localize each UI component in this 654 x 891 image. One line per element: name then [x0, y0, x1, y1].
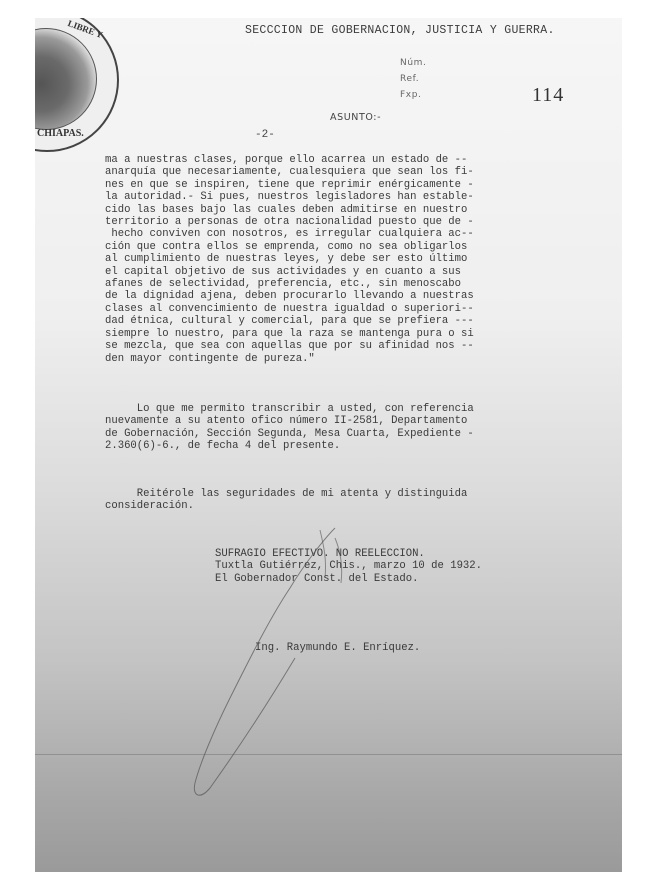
- closing-line: El Gobernador Const. del Estado.: [215, 573, 482, 585]
- closing-line: Tuxtla Gutiérrez, Chis., marzo 10 de 193…: [215, 560, 482, 572]
- closing-line: SUFRAGIO EFECTIVO. NO REELECCION.: [215, 548, 482, 560]
- closing-block: SUFRAGIO EFECTIVO. NO REELECCION.Tuxtla …: [215, 548, 482, 585]
- page-number: -2-: [255, 129, 275, 141]
- text-line: anarquía que necesariamente, cualesquier…: [105, 166, 622, 178]
- expediente-number: 114: [532, 84, 564, 107]
- text-line: nes en que se inspiren, tiene que reprim…: [105, 179, 622, 191]
- text-line: se mezcla, que sea con aquellas que por …: [105, 340, 622, 352]
- text-line: consideración.: [105, 500, 622, 512]
- text-line: de Gobernación, Sección Segunda, Mesa Cu…: [105, 428, 622, 440]
- text-line: hecho conviven con nosotros, es irregula…: [105, 228, 622, 240]
- fold-line: [35, 754, 622, 755]
- text-line: Lo que me permito transcribir a usted, c…: [105, 403, 622, 415]
- document-page: LIBRE Y CHIAPAS. SECCCION DE GOBERNACION…: [35, 18, 622, 872]
- asunto-label: ASUNTO:-: [330, 112, 381, 123]
- text-line: nuevamente a su atento ofico número II-2…: [105, 415, 622, 427]
- text-line: Reitérole las seguridades de mi atenta y…: [105, 488, 622, 500]
- text-line: afanes de selectividad, preferencia, etc…: [105, 278, 622, 290]
- ref-label: Ref.: [400, 74, 419, 84]
- state-seal: LIBRE Y CHIAPAS.: [35, 18, 119, 152]
- text-line: siempre lo nuestro, para que la raza se …: [105, 328, 622, 340]
- text-line: territorio a personas de otra nacionalid…: [105, 216, 622, 228]
- text-line: la autoridad.- Si pues, nuestros legisla…: [105, 191, 622, 203]
- text-line: ción que contra ellos se emprenda, como …: [105, 241, 622, 253]
- text-line: al cumplimiento de nuestras leyes, y deb…: [105, 253, 622, 265]
- body-paragraph-2: Lo que me permito transcribir a usted, c…: [105, 403, 622, 453]
- text-line: dad étnica, cultural y comercial, para q…: [105, 315, 622, 327]
- exp-label: Fxp.: [400, 90, 421, 100]
- body-paragraph-3: Reitérole las seguridades de mi atenta y…: [105, 488, 622, 513]
- text-line: cido las bases bajo las cuales deben adm…: [105, 204, 622, 216]
- signer-name: Ing. Raymundo E. Enríquez.: [255, 642, 420, 654]
- num-label: Núm.: [400, 58, 426, 68]
- department-header: SECCCION DE GOBERNACION, JUSTICIA Y GUER…: [245, 24, 555, 37]
- text-line: 2.360(6)-6., de fecha 4 del presente.: [105, 440, 622, 452]
- text-line: ma a nuestras clases, porque ello acarre…: [105, 154, 622, 166]
- text-line: el capital objetivo de sus actividades y…: [105, 266, 622, 278]
- body-paragraph-1: ma a nuestras clases, porque ello acarre…: [105, 154, 622, 365]
- text-line: de la dignidad ajena, deben procurarlo l…: [105, 290, 622, 302]
- seal-text-bottom: CHIAPAS.: [37, 128, 84, 139]
- text-line: den mayor contingente de pureza.": [105, 353, 622, 365]
- text-line: clases al convencimiento de nuestra igua…: [105, 303, 622, 315]
- seal-emblem-icon: [35, 28, 97, 130]
